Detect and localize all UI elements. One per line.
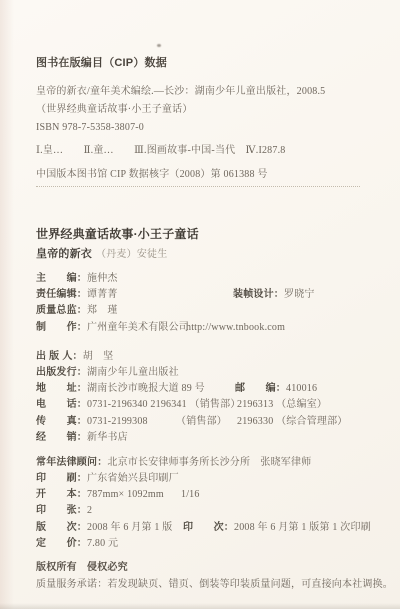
info-row-printer: 印 刷：广东省始兴县印刷厂 [36, 471, 376, 487]
publisher-block: 出 版 人：胡 坚 出版发行：湖南少年儿童出版社 地 址：湖南长沙市晚报大道 8… [36, 349, 376, 446]
row-value: 787mm× 1092mm [87, 489, 164, 500]
row-label: 开 本： [36, 489, 87, 500]
row-secondary: 邮 编：410016 [235, 381, 317, 397]
info-row-address: 地 址：湖南长沙市晚报大道 89 号邮 编：410016 [36, 381, 376, 397]
row-value: 0731-2199308 [87, 416, 148, 427]
info-row-phone: 电 话：0731-2196340 2196341 （销售部）2196313 （总… [36, 397, 376, 413]
row-label: 印 张： [36, 505, 87, 516]
row-extra: 1/16 [181, 487, 200, 503]
row-label: 责任编辑： [36, 289, 87, 300]
row-value: 郑 瑾 [87, 305, 118, 316]
print-block: 常年法律顾问：北京市长安律师事务所长沙分所 张晓军律师 印 刷：广东省始兴县印刷… [36, 455, 376, 552]
cip-line-1: 皇帝的新衣/童年美术编绘.—长沙：湖南少年儿童出版社，2008.5 [36, 83, 376, 101]
row-value: 2008 年 6 月第 1 版第 1 次印刷 [234, 522, 371, 533]
footer-block: 版权所有 侵权必究 质量服务承诺：若发现缺页、错页、倒装等印装质量问题，可直接向… [36, 559, 376, 593]
page-content: 图书在版编目（CIP）数据 皇帝的新衣/童年美术编绘.—长沙：湖南少年儿童出版社… [36, 54, 376, 593]
row-label: 出版发行： [36, 367, 87, 378]
book-author: （丹麦）安徒生 [96, 249, 167, 260]
series-title: 世界经典童话故事·小王子童话 [36, 226, 376, 242]
copyright-page: 图书在版编目（CIP）数据 皇帝的新衣/童年美术编绘.—长沙：湖南少年儿童出版社… [0, 0, 400, 609]
row-label: 印 次： [183, 522, 234, 533]
book-title-line: 皇帝的新衣（丹麦）安徒生 [36, 246, 376, 262]
row-secondary: 装帧设计：罗晓宁 [233, 287, 315, 303]
row-label: 主 编： [36, 273, 87, 284]
cip-classification: Ⅰ.皇… Ⅱ.童… Ⅲ.图画故事-中国-当代 Ⅳ.I287.8 [36, 143, 376, 159]
info-row-format: 开 本：787mm× 1092mm1/16 [36, 487, 376, 503]
quality-promise: 质量服务承诺：若发现缺页、错页、倒装等印装质量问题，可直接向本社调换。 [36, 576, 376, 593]
row-label: 邮 编： [235, 383, 286, 394]
info-row-distributor: 经 销：新华书店 [36, 430, 376, 446]
info-row-legal-adviser: 常年法律顾问：北京市长安律师事务所长沙分所 张晓军律师 [36, 455, 376, 471]
info-row-price: 定 价：7.80 元 [36, 536, 376, 552]
info-row-publishing-house: 出版发行：湖南少年儿童出版社 [36, 365, 376, 381]
cip-line-isbn: ISBN 978-7-5358-3807-0 [36, 119, 376, 137]
row-mid: （销售部） [176, 414, 227, 430]
credits-block: 主 编：施仲杰 责任编辑：谭菁菁装帧设计：罗晓宁 质量总监：郑 瑾 制 作：广州… [36, 271, 376, 336]
row-value: 7.80 元 [87, 538, 118, 549]
row-label: 传 真： [36, 416, 87, 427]
producer-url: http://www.tnbook.com [186, 320, 285, 336]
cip-heading: 图书在版编目（CIP）数据 [36, 54, 376, 70]
cip-record-number: 中国版本图书馆 CIP 数据核字（2008）第 061388 号 [36, 168, 376, 182]
row-value: 广州童年美术有限公司 [87, 322, 189, 333]
row-secondary: 印 次：2008 年 6 月第 1 版第 1 次印刷 [183, 520, 371, 536]
row-label: 电 话： [36, 399, 87, 410]
copyright-notice: 版权所有 侵权必究 [36, 559, 376, 576]
info-row-publisher-person: 出 版 人：胡 坚 [36, 349, 376, 365]
row-label: 出 版 人： [36, 351, 83, 362]
cip-line-2: （世界经典童话故事·小王子童话） [36, 101, 376, 119]
info-row-fax: 传 真：0731-2199308（销售部）2196330 （综合管理部） [36, 414, 376, 430]
row-label: 常年法律顾问： [36, 457, 107, 468]
row-value: 施仲杰 [87, 273, 118, 284]
row-value: 新华书店 [87, 432, 128, 443]
dashed-divider [36, 186, 360, 187]
info-row-sheets: 印 张：2 [36, 503, 376, 519]
info-row-responsible-editor: 责任编辑：谭菁菁装帧设计：罗晓宁 [36, 287, 376, 303]
book-title: 皇帝的新衣 [36, 248, 92, 260]
info-row-quality-director: 质量总监：郑 瑾 [36, 303, 376, 319]
row-value: 湖南少年儿童出版社 [87, 367, 179, 378]
row-value: 2008 年 6 月第 1 版 [87, 522, 173, 533]
row-label: 装帧设计： [233, 289, 284, 300]
scan-speck [157, 44, 161, 47]
row-value: 罗晓宁 [284, 289, 315, 300]
info-row-production: 制 作：广州童年美术有限公司http://www.tnbook.com [36, 320, 376, 336]
row-value: 谭菁菁 [87, 289, 118, 300]
row-value: 广东省始兴县印刷厂 [87, 473, 179, 484]
row-value: 0731-2196340 2196341 （销售部） [87, 399, 241, 410]
info-row-chief-editor: 主 编：施仲杰 [36, 271, 376, 287]
row-extra: 2196313 （总编室） [237, 397, 327, 413]
row-value: 湖南长沙市晚报大道 89 号 [87, 383, 205, 394]
row-label: 定 价： [36, 538, 87, 549]
row-label: 地 址： [36, 383, 87, 394]
row-value: 410016 [286, 383, 317, 394]
row-extra: 2196330 （综合管理部） [237, 414, 348, 430]
row-label: 印 刷： [36, 473, 87, 484]
info-row-edition: 版 次：2008 年 6 月第 1 版印 次：2008 年 6 月第 1 版第 … [36, 520, 376, 536]
row-label: 质量总监： [36, 305, 87, 316]
row-label: 经 销： [36, 432, 87, 443]
row-value: 2 [87, 505, 92, 516]
row-value: 胡 坚 [83, 351, 114, 362]
row-value: 北京市长安律师事务所长沙分所 张晓军律师 [107, 457, 311, 468]
row-label: 版 次： [36, 522, 87, 533]
row-label: 制 作： [36, 322, 87, 333]
